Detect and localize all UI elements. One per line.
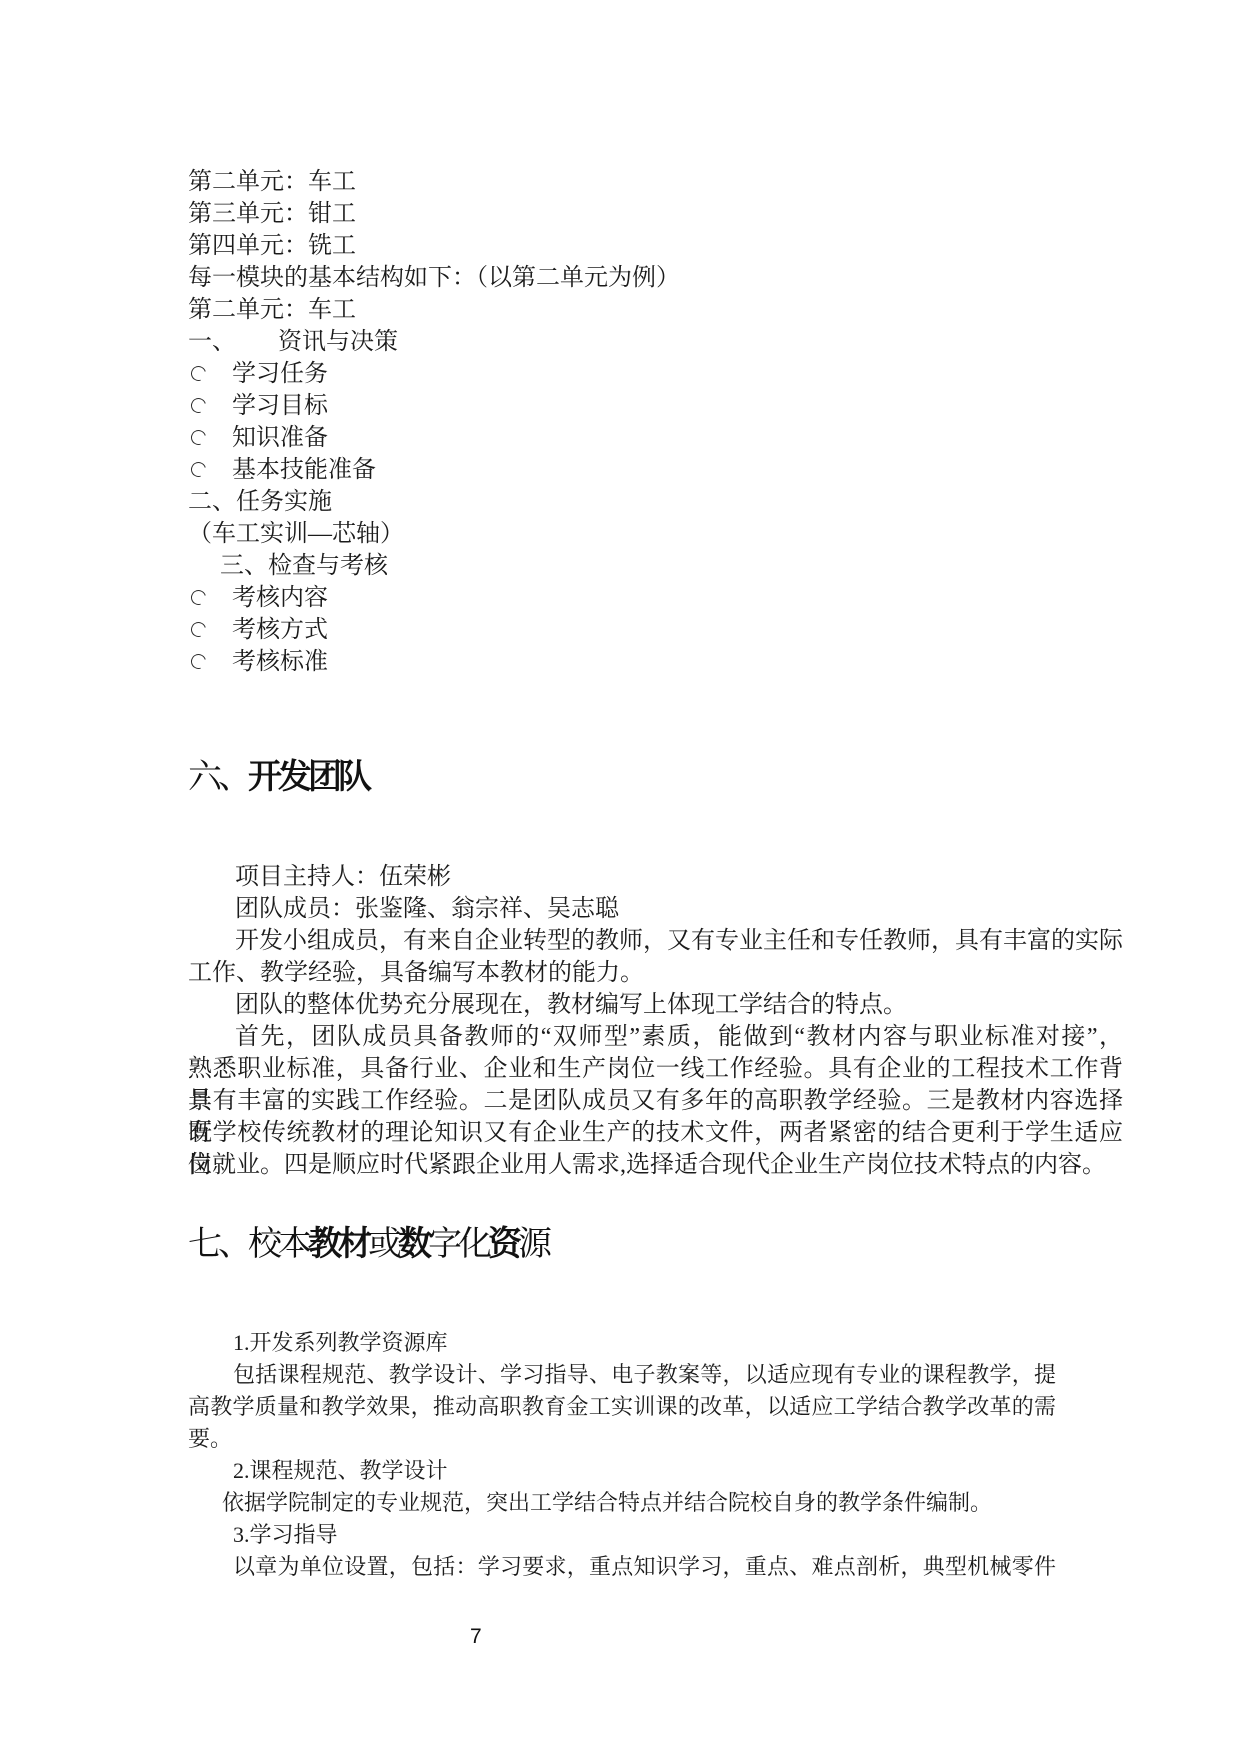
document-line: 3.学习指导	[188, 1519, 1056, 1551]
unit-outline-list: 第二单元：车工第三单元：钳工第四单元：铣工每一模块的基本结构如下：（以第二单元为…	[188, 166, 1100, 678]
heading-segment: 七、	[188, 1225, 248, 1263]
heading-segment: 或	[368, 1225, 398, 1263]
document-line: 一、资讯与决策	[188, 326, 1100, 358]
document-line: 知识准备	[188, 422, 1100, 454]
document-line: 开发小组成员，有来自企业转型的教师，又有专业主任和专任教师，具有丰富的实际	[188, 925, 1123, 957]
arc-bullet-icon	[188, 620, 208, 640]
bullet-item-label: 基本技能准备	[232, 457, 376, 483]
document-line: （车工实训—芯轴）	[188, 518, 1100, 550]
list-number: 一、	[188, 329, 236, 355]
document-line: 考核内容	[188, 582, 1100, 614]
team-paragraphs: 项目主持人：伍荣彬团队成员：张鉴隆、翁宗祥、吴志聪开发小组成员，有来自企业转型的…	[188, 861, 1123, 1181]
heading-segment: 开发团队	[248, 758, 368, 796]
heading-segment: 资	[488, 1225, 518, 1263]
heading-segment: 校本	[248, 1225, 308, 1263]
document-line: 考核方式	[188, 614, 1100, 646]
document-line: 2.课程规范、教学设计	[188, 1455, 1056, 1487]
document-line: 要。	[188, 1423, 1056, 1455]
document-line: 有学校传统教材的理论知识又有企业生产的技术文件，两者紧密的结合更利于学生适应岗	[188, 1117, 1123, 1149]
document-line: 第二单元：车工	[188, 166, 1100, 198]
document-line: 二、任务实施	[188, 486, 1100, 518]
resources-paragraphs: 1.开发系列教学资源库包括课程规范、教学设计、学习指导、电子教案等，以适应现有专…	[188, 1327, 1056, 1583]
document-line: 学习任务	[188, 358, 1100, 390]
document-line: 熟悉职业标准，具备行业、企业和生产岗位一线工作经验。具有企业的工程技术工作背景	[188, 1053, 1123, 1085]
document-line: 团队的整体优势充分展现在，教材编写上体现工学结合的特点。	[188, 989, 1123, 1021]
document-line: 第四单元：铣工	[188, 230, 1100, 262]
document-line: 包括课程规范、教学设计、学习指导、电子教案等，以适应现有专业的课程教学，提	[188, 1359, 1056, 1391]
arc-bullet-icon	[188, 460, 208, 480]
heading-segment: 教材	[308, 1225, 368, 1263]
section-heading-school-materials: 七、校本教材或数字化资源	[188, 1224, 548, 1264]
bullet-item-label: 考核内容	[232, 585, 328, 611]
document-line: 项目主持人：伍荣彬	[188, 861, 1123, 893]
bullet-item-label: 考核标准	[232, 649, 328, 675]
document-page: { "page": { "number": "7" }, "document":…	[0, 0, 1240, 1753]
bullet-item-label: 学习目标	[232, 393, 328, 419]
bullet-item-label: 学习任务	[232, 361, 328, 387]
document-line: 位就业。四是顺应时代紧跟企业用人需求,选择适合现代企业生产岗位技术特点的内容。	[188, 1149, 1123, 1181]
document-line: 团队成员：张鉴隆、翁宗祥、吴志聪	[188, 893, 1123, 925]
document-line: 具有丰富的实践工作经验。二是团队成员又有多年的高职教学经验。三是教材内容选择既	[188, 1085, 1123, 1117]
list-item-label: 资讯与决策	[278, 329, 398, 355]
document-line: 学习目标	[188, 390, 1100, 422]
arc-bullet-icon	[188, 652, 208, 672]
document-line: 第三单元：钳工	[188, 198, 1100, 230]
document-line: 首先，团队成员具备教师的“双师型”素质，能做到“教材内容与职业标准对接”，	[188, 1021, 1123, 1053]
document-line: 三、检查与考核	[188, 550, 1100, 582]
document-line: 高教学质量和教学效果，推动高职教育金工实训课的改革，以适应工学结合教学改革的需	[188, 1391, 1056, 1423]
heading-segment: 字化	[428, 1225, 488, 1263]
heading-segment: 六、	[188, 758, 248, 796]
page-number: 7	[470, 1622, 482, 1652]
document-line: 考核标准	[188, 646, 1100, 678]
document-line: 依据学院制定的专业规范，突出工学结合特点并结合院校自身的教学条件编制。	[188, 1487, 1056, 1519]
document-line: 工作、教学经验，具备编写本教材的能力。	[188, 957, 1123, 989]
arc-bullet-icon	[188, 364, 208, 384]
document-line: 1.开发系列教学资源库	[188, 1327, 1056, 1359]
arc-bullet-icon	[188, 396, 208, 416]
arc-bullet-icon	[188, 588, 208, 608]
heading-segment: 数	[398, 1225, 428, 1263]
arc-bullet-icon	[188, 428, 208, 448]
bullet-item-label: 考核方式	[232, 617, 328, 643]
bullet-item-label: 知识准备	[232, 425, 328, 451]
section-heading-development-team: 六、开发团队	[188, 757, 368, 797]
heading-segment: 源	[518, 1225, 548, 1263]
document-line: 每一模块的基本结构如下：（以第二单元为例）	[188, 262, 1100, 294]
document-line: 基本技能准备	[188, 454, 1100, 486]
document-line: 第二单元：车工	[188, 294, 1100, 326]
document-line: 以章为单位设置，包括：学习要求，重点知识学习，重点、难点剖析，典型机械零件	[188, 1551, 1056, 1583]
